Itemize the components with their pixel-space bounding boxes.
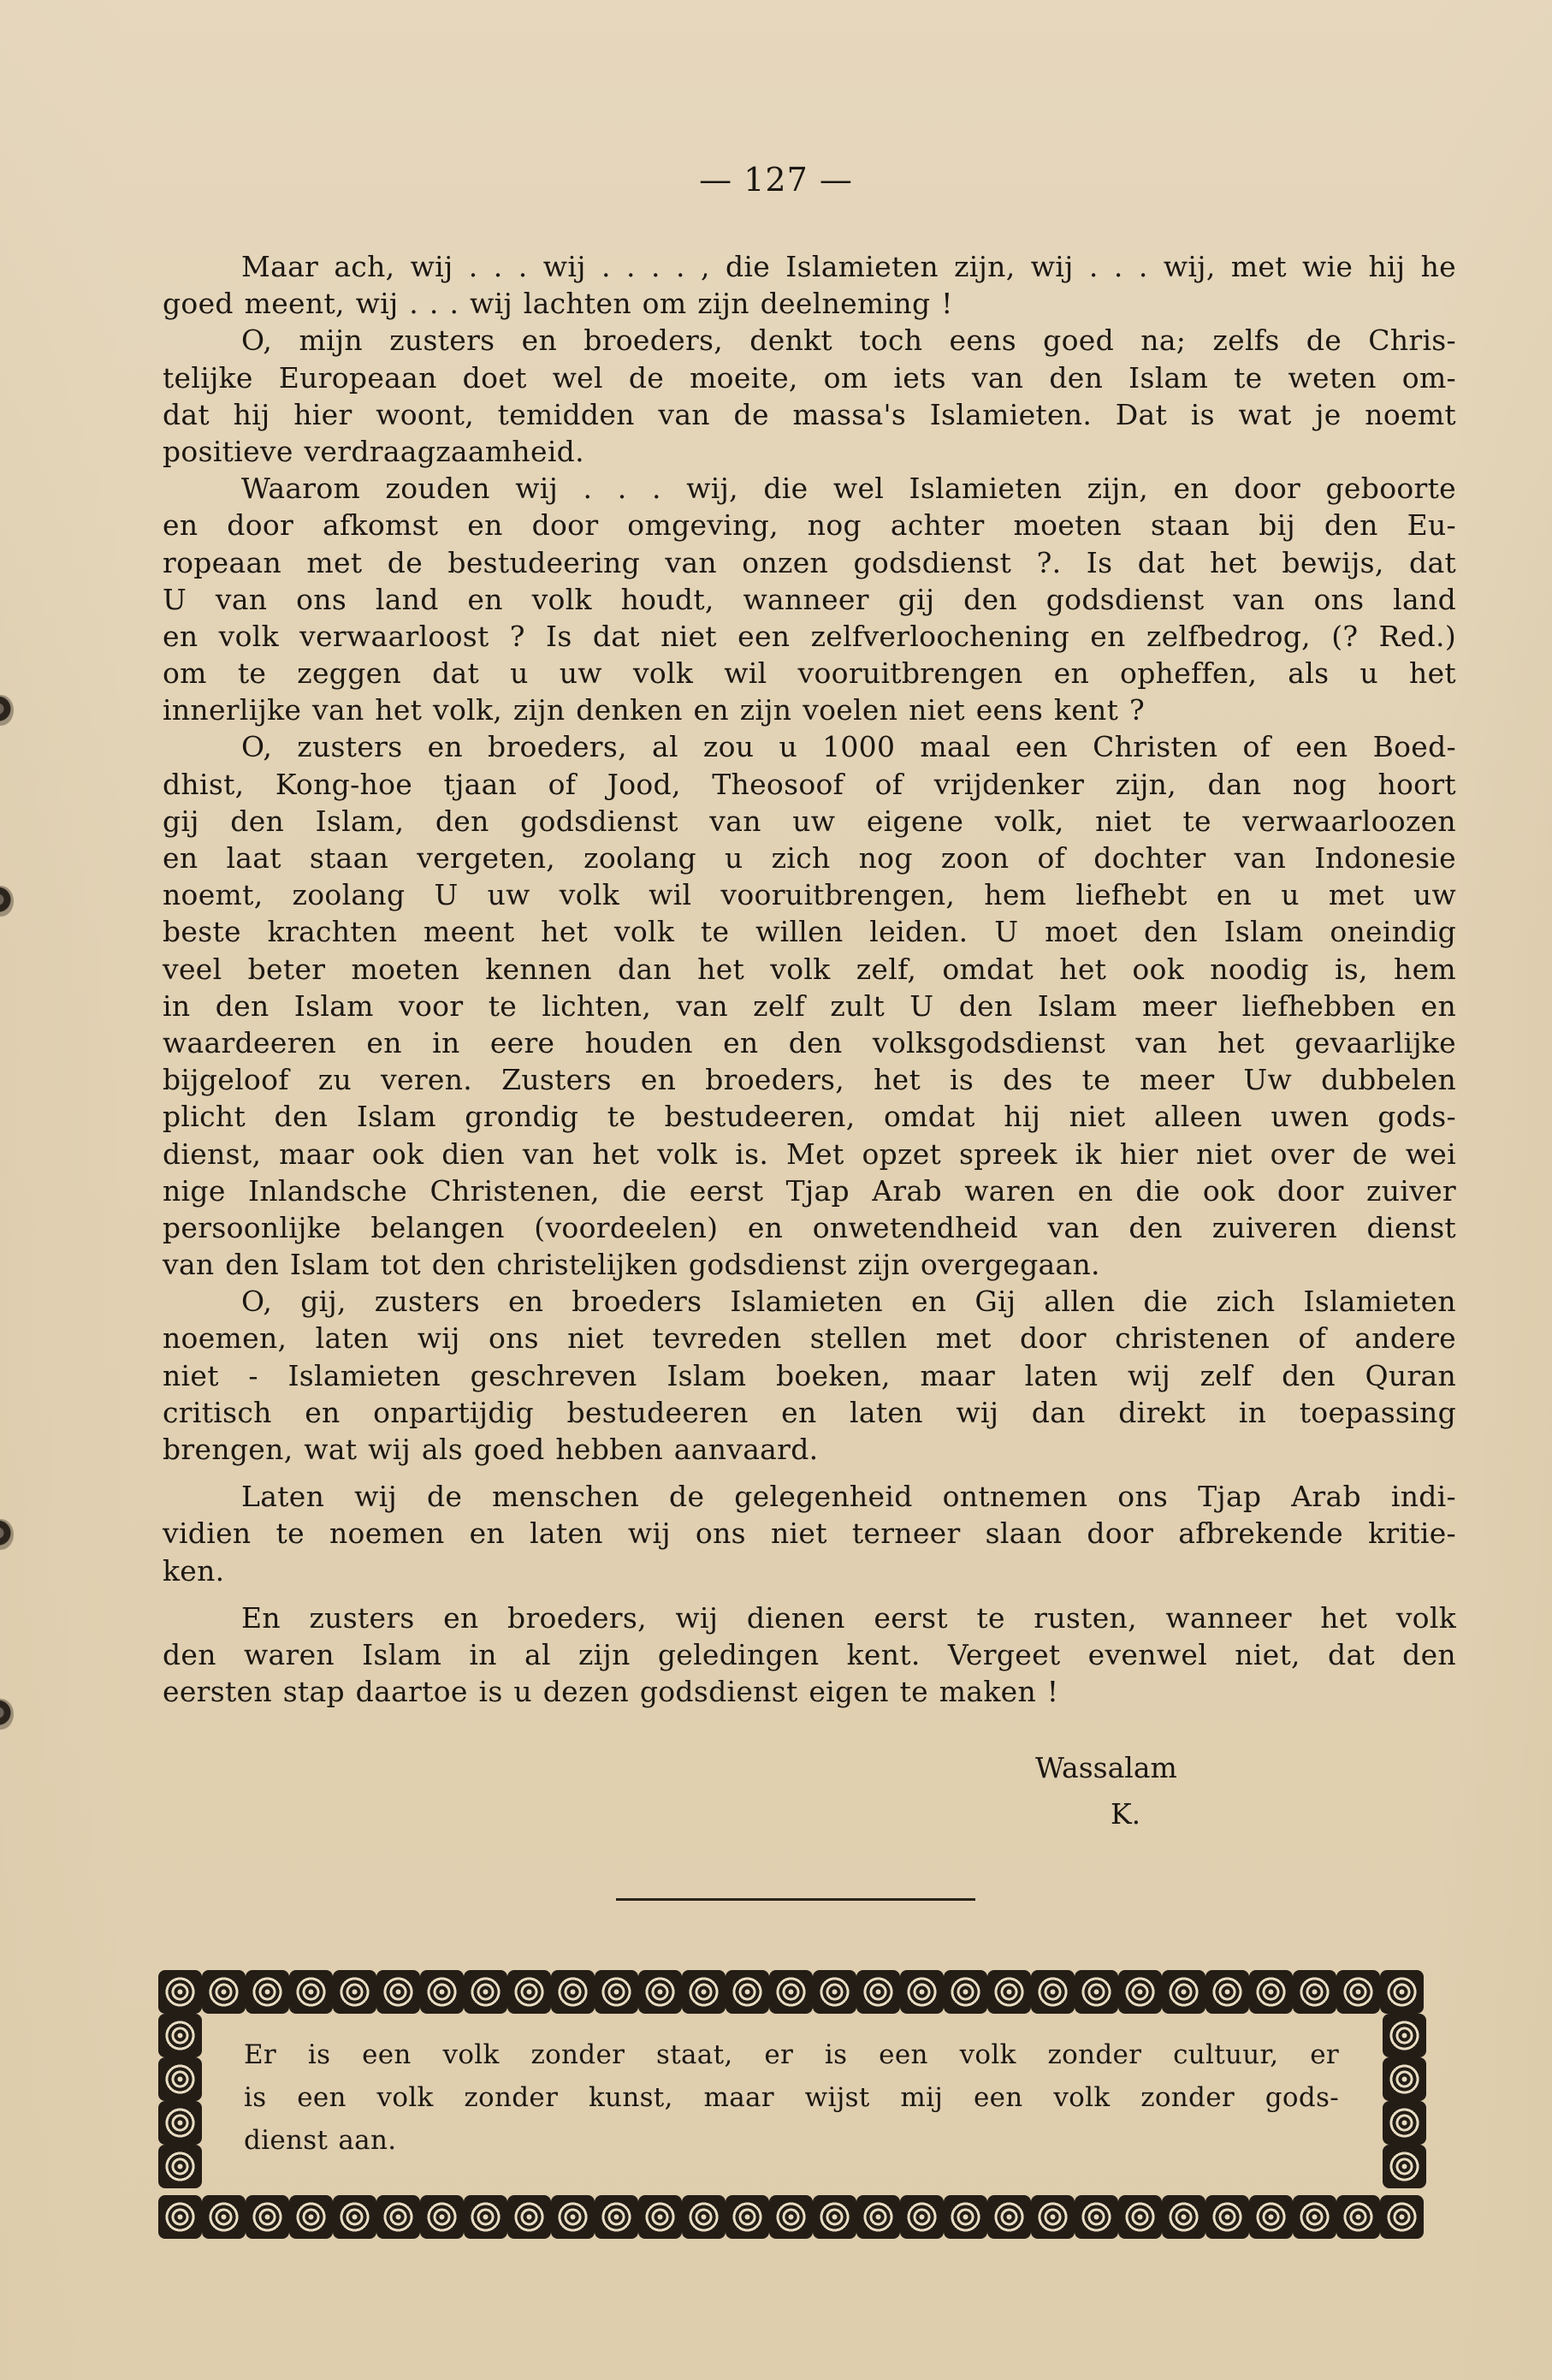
author-signature: K. — [1111, 1797, 1140, 1831]
concentric-circle-ornament-icon — [202, 2195, 246, 2239]
ornament-border-bottom — [158, 2195, 1424, 2239]
text-line: Waarom zouden wij . . . wij, die wel Isl… — [163, 470, 1456, 507]
text-line: innerlijke van het volk, zijn denken en … — [163, 691, 1456, 728]
text-line: ropeaan met de bestudeering van onzen go… — [163, 544, 1456, 581]
binding-hole — [0, 695, 14, 726]
concentric-circle-ornament-icon — [158, 2145, 202, 2188]
concentric-circle-ornament-icon — [420, 2195, 464, 2239]
concentric-circle-ornament-icon — [1293, 2195, 1336, 2239]
concentric-circle-ornament-icon — [1383, 2014, 1426, 2057]
text-line: en door afkomst en door omgeving, nog ac… — [163, 507, 1456, 543]
paragraph: Laten wij de menschen de gelegenheid ont… — [163, 1478, 1456, 1589]
text-line: O, mijn zusters en broeders, denkt toch … — [163, 322, 1456, 359]
concentric-circle-ornament-icon — [944, 1970, 987, 2014]
text-line: En zusters en broeders, wij dienen eerst… — [163, 1600, 1456, 1636]
concentric-circle-ornament-icon — [638, 2195, 682, 2239]
concentric-circle-ornament-icon — [158, 2057, 202, 2101]
concentric-circle-ornament-icon — [900, 2195, 944, 2239]
concentric-circle-ornament-icon — [726, 2195, 769, 2239]
text-line: dat hij hier woont, temidden van de mass… — [163, 396, 1456, 433]
concentric-circle-ornament-icon — [1249, 2195, 1293, 2239]
concentric-circle-ornament-icon — [376, 2195, 420, 2239]
quote-line: is een volk zonder kunst, maar wijst mij… — [244, 2076, 1339, 2119]
concentric-circle-ornament-icon — [1205, 2195, 1249, 2239]
concentric-circle-ornament-icon — [769, 1970, 813, 2014]
concentric-circle-ornament-icon — [464, 2195, 507, 2239]
concentric-circle-ornament-icon — [1336, 1970, 1380, 2014]
text-line: om te zeggen dat u uw volk wil vooruitbr… — [163, 655, 1456, 691]
text-line: ken. — [163, 1552, 1456, 1589]
binding-hole — [0, 1519, 14, 1550]
concentric-circle-ornament-icon — [1205, 1970, 1249, 2014]
concentric-circle-ornament-icon — [682, 2195, 726, 2239]
concentric-circle-ornament-icon — [1249, 1970, 1293, 2014]
binding-hole — [0, 1699, 14, 1730]
concentric-circle-ornament-icon — [987, 2195, 1031, 2239]
concentric-circle-ornament-icon — [856, 2195, 900, 2239]
text-line: van den Islam tot den christelijken gods… — [163, 1246, 1456, 1283]
concentric-circle-ornament-icon — [595, 2195, 638, 2239]
concentric-circle-ornament-icon — [507, 1970, 551, 2014]
ornament-border-left — [158, 2014, 202, 2188]
concentric-circle-ornament-icon — [813, 1970, 856, 2014]
text-line: persoonlijke belangen (voordeelen) en on… — [163, 1209, 1456, 1246]
concentric-circle-ornament-icon — [333, 1970, 376, 2014]
ornamental-quote-box: Er is een volk zonder staat, er is een v… — [158, 1970, 1426, 2239]
text-line: U van ons land en volk houdt, wanneer gi… — [163, 581, 1456, 618]
concentric-circle-ornament-icon — [420, 1970, 464, 2014]
concentric-circle-ornament-icon — [1118, 2195, 1162, 2239]
text-line: eersten stap daartoe is u dezen godsdien… — [163, 1673, 1456, 1710]
text-line: dienst, maar ook dien van het volk is. M… — [163, 1136, 1456, 1172]
text-line: noemen, laten wij ons niet tevreden stel… — [163, 1320, 1456, 1356]
text-line: critisch en onpartijdig bestudeeren en l… — [163, 1394, 1456, 1431]
concentric-circle-ornament-icon — [1336, 2195, 1380, 2239]
concentric-circle-ornament-icon — [1383, 2101, 1426, 2145]
text-line: noemt, zoolang U uw volk wil vooruitbren… — [163, 876, 1456, 913]
boxed-quote: Er is een volk zonder staat, er is een v… — [244, 2033, 1339, 2162]
text-line: Maar ach, wij . . . wij . . . . , die Is… — [163, 248, 1456, 285]
concentric-circle-ornament-icon — [1383, 2145, 1426, 2188]
concentric-circle-ornament-icon — [246, 2195, 289, 2239]
concentric-circle-ornament-icon — [1383, 2057, 1426, 2101]
closing-salutation: Wassalam — [1035, 1751, 1177, 1784]
concentric-circle-ornament-icon — [1162, 2195, 1205, 2239]
concentric-circle-ornament-icon — [726, 1970, 769, 2014]
text-line: bijgeloof zu veren. Zusters en broeders,… — [163, 1061, 1456, 1098]
concentric-circle-ornament-icon — [551, 1970, 595, 2014]
paragraph: Maar ach, wij . . . wij . . . . , die Is… — [163, 248, 1456, 322]
concentric-circle-ornament-icon — [158, 2014, 202, 2057]
text-line: beste krachten meent het volk te willen … — [163, 913, 1456, 950]
text-line: gij den Islam, den godsdienst van uw eig… — [163, 803, 1456, 840]
concentric-circle-ornament-icon — [1075, 1970, 1118, 2014]
concentric-circle-ornament-icon — [333, 2195, 376, 2239]
concentric-circle-ornament-icon — [769, 2195, 813, 2239]
text-line: telijke Europeaan doet wel de moeite, om… — [163, 359, 1456, 396]
concentric-circle-ornament-icon — [1075, 2195, 1118, 2239]
concentric-circle-ornament-icon — [551, 2195, 595, 2239]
text-line: plicht den Islam grondig te bestudeeren,… — [163, 1098, 1456, 1135]
concentric-circle-ornament-icon — [376, 1970, 420, 2014]
concentric-circle-ornament-icon — [900, 1970, 944, 2014]
paragraph: O, zusters en broeders, al zou u 1000 ma… — [163, 728, 1456, 1283]
article-body: Maar ach, wij . . . wij . . . . , die Is… — [163, 248, 1456, 1710]
concentric-circle-ornament-icon — [1293, 1970, 1336, 2014]
concentric-circle-ornament-icon — [507, 2195, 551, 2239]
concentric-circle-ornament-icon — [813, 2195, 856, 2239]
paragraph: O, gij, zusters en broeders Islamieten e… — [163, 1283, 1456, 1468]
divider-rule — [616, 1898, 975, 1901]
text-line: en volk verwaarloost ? Is dat niet een z… — [163, 618, 1456, 655]
ornament-border-top — [158, 1970, 1424, 2014]
text-line: waardeeren en in eere houden en den volk… — [163, 1024, 1456, 1061]
quote-line: dienst aan. — [244, 2119, 1339, 2162]
text-line: en laat staan vergeten, zoolang u zich n… — [163, 840, 1456, 876]
ornament-border-right — [1383, 2014, 1426, 2188]
concentric-circle-ornament-icon — [1380, 1970, 1424, 2014]
concentric-circle-ornament-icon — [1118, 1970, 1162, 2014]
text-line: positieve verdraagzaamheid. — [163, 433, 1456, 470]
text-line: veel beter moeten kennen dan het volk ze… — [163, 951, 1456, 988]
concentric-circle-ornament-icon — [158, 2101, 202, 2145]
paragraph: O, mijn zusters en broeders, denkt toch … — [163, 322, 1456, 470]
text-line: nige Inlandsche Christenen, die eerst Tj… — [163, 1172, 1456, 1209]
concentric-circle-ornament-icon — [944, 2195, 987, 2239]
concentric-circle-ornament-icon — [595, 1970, 638, 2014]
text-line: O, zusters en broeders, al zou u 1000 ma… — [163, 728, 1456, 765]
concentric-circle-ornament-icon — [158, 1970, 202, 2014]
text-line: dhist, Kong-hoe tjaan of Jood, Theosoof … — [163, 766, 1456, 803]
concentric-circle-ornament-icon — [682, 1970, 726, 2014]
concentric-circle-ornament-icon — [158, 2195, 202, 2239]
text-line: in den Islam voor te lichten, van zelf z… — [163, 988, 1456, 1024]
concentric-circle-ornament-icon — [1380, 2195, 1424, 2239]
binding-hole — [0, 886, 14, 917]
text-line: niet - Islamieten geschreven Islam boeke… — [163, 1357, 1456, 1394]
text-line: goed meent, wij . . . wij lachten om zij… — [163, 285, 1456, 322]
concentric-circle-ornament-icon — [638, 1970, 682, 2014]
concentric-circle-ornament-icon — [1162, 1970, 1205, 2014]
text-line: brengen, wat wij als goed hebben aanvaar… — [163, 1431, 1456, 1468]
concentric-circle-ornament-icon — [202, 1970, 246, 2014]
text-line: O, gij, zusters en broeders Islamieten e… — [163, 1283, 1456, 1320]
concentric-circle-ornament-icon — [246, 1970, 289, 2014]
paragraph: Waarom zouden wij . . . wij, die wel Isl… — [163, 470, 1456, 728]
concentric-circle-ornament-icon — [1031, 2195, 1075, 2239]
text-line: Laten wij de menschen de gelegenheid ont… — [163, 1478, 1456, 1515]
concentric-circle-ornament-icon — [1031, 1970, 1075, 2014]
concentric-circle-ornament-icon — [289, 2195, 333, 2239]
concentric-circle-ornament-icon — [856, 1970, 900, 2014]
text-line: den waren Islam in al zijn geledingen ke… — [163, 1636, 1456, 1673]
concentric-circle-ornament-icon — [289, 1970, 333, 2014]
paragraph: En zusters en broeders, wij dienen eerst… — [163, 1600, 1456, 1711]
concentric-circle-ornament-icon — [464, 1970, 507, 2014]
quote-line: Er is een volk zonder staat, er is een v… — [244, 2033, 1339, 2076]
concentric-circle-ornament-icon — [987, 1970, 1031, 2014]
page-number: — 127 — — [0, 161, 1552, 199]
text-line: vidien te noemen en laten wij ons niet t… — [163, 1515, 1456, 1552]
